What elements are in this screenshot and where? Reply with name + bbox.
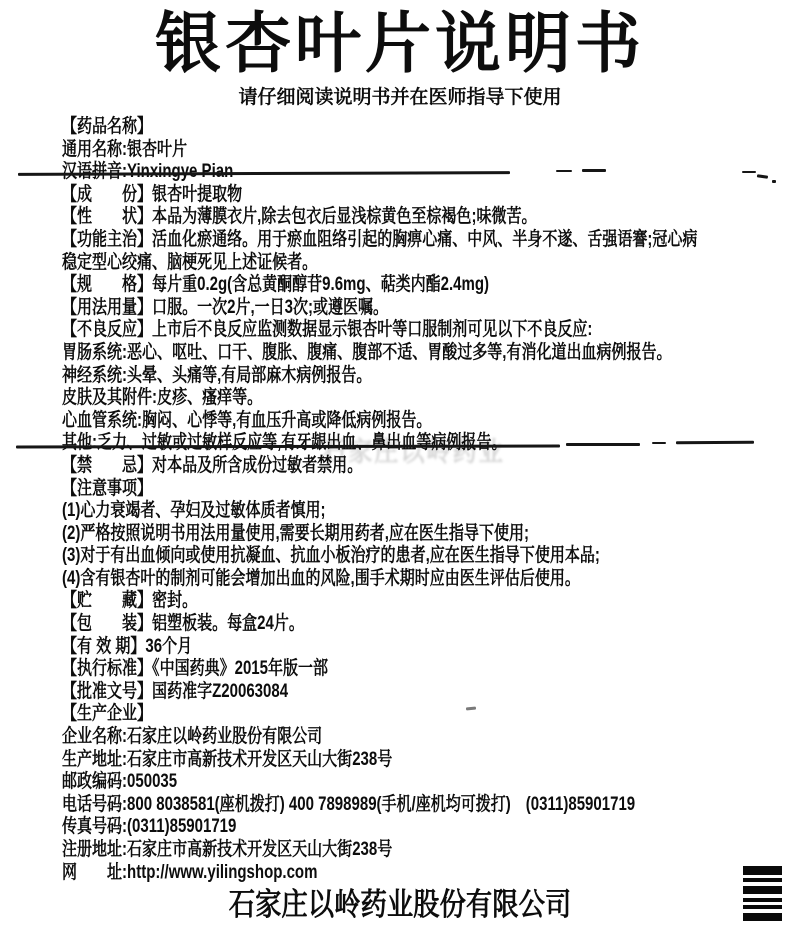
scan-line — [582, 169, 606, 172]
drug-leaflet-page: 银杏叶片说明书 请仔细阅读说明书并在医师指导下使用 石家庄以岭药业 【药品名称】… — [0, 0, 800, 929]
storage-line: 【贮 藏】密封。 — [62, 590, 637, 613]
adverse-cardio-line: 心血管系统:胸闷、心悸等,有血压升高或降低病例报告。 — [62, 410, 637, 433]
indications-line-2: 稳定型心绞痛、脑梗死见上述证候者。 — [62, 252, 637, 275]
scan-line — [566, 443, 640, 446]
registration-mark-bar — [743, 878, 782, 882]
production-address-line: 生产地址:石家庄市高新技术开发区天山大街238号 — [62, 749, 637, 772]
generic-name-line: 通用名称:银杏叶片 — [62, 139, 637, 162]
indications-line-1: 【功能主治】活血化瘀通络。用于瘀血阻络引起的胸痹心痛、中风、半身不遂、舌强语謇;… — [62, 229, 637, 252]
registration-mark-bar — [743, 913, 782, 922]
precautions-header: 【注意事项】 — [62, 478, 637, 501]
registration-mark-bar — [743, 905, 782, 909]
registration-mark-bar — [743, 898, 782, 902]
packaging-line: 【包 装】铝塑板装。每盒24片。 — [62, 613, 637, 636]
standard-line: 【执行标准】《中国药典》2015年版一部 — [62, 658, 637, 681]
phone-line: 电话号码:800 8038581(座机拨打) 400 7898989(手机/座机… — [62, 794, 637, 817]
description-line: 【性 状】本品为薄膜衣片,除去包衣后显浅棕黄色至棕褐色;味微苦。 — [62, 206, 637, 229]
shelf-life-line: 【有 效 期】36个月 — [62, 636, 637, 659]
dosage-line: 【用法用量】口服。一次2片,一日3次;或遵医嘱。 — [62, 297, 637, 320]
adverse-nervous-line: 神经系统:头晕、头痛等,有局部麻木病例报告。 — [62, 365, 637, 388]
adverse-reactions-header: 【不良反应】上市后不良反应监测数据显示银杏叶等口服制剂可见以下不良反应: — [62, 319, 637, 342]
manufacturer-header: 【生产企业】 — [62, 703, 637, 726]
specification-line: 【规 格】每片重0.2g(含总黄酮醇苷9.6mg、萜类内酯2.4mg) — [62, 274, 637, 297]
registration-mark-bar — [743, 866, 782, 875]
leaflet-body: 【药品名称】 通用名称:银杏叶片 汉语拼音:Yinxingye Pian 【成 … — [62, 116, 790, 884]
fax-line: 传真号码:(0311)85901719 — [62, 816, 637, 839]
footer-company-name: 石家庄以岭药业股份有限公司 — [60, 886, 740, 924]
page-title: 银杏叶片说明书 — [0, 0, 800, 86]
scan-line — [676, 441, 754, 444]
page-subtitle: 请仔细阅读说明书并在医师指导下使用 — [0, 86, 800, 110]
scan-line — [772, 180, 776, 183]
precaution-4: (4)含有银杏叶的制剂可能会增加出血的风险,围手术期时应由医生评估后使用。 — [62, 568, 637, 591]
scan-line — [742, 171, 756, 173]
print-registration-marks — [743, 866, 782, 921]
section-drug-name-header: 【药品名称】 — [62, 116, 637, 139]
scan-line — [652, 442, 666, 444]
approval-number-line: 【批准文号】国药准字Z20063084 — [62, 681, 637, 704]
ingredients-line: 【成 份】银杏叶提取物 — [62, 184, 637, 207]
precaution-2: (2)严格按照说明书用法用量使用,需要长期用药者,应在医生指导下使用; — [62, 523, 637, 546]
contraindication-line: 【禁 忌】对本品及所含成份过敏者禁用。 — [62, 455, 637, 478]
company-name-line: 企业名称:石家庄以岭药业股份有限公司 — [62, 726, 637, 749]
adverse-skin-line: 皮肤及其附件:皮疹、瘙痒等。 — [62, 387, 637, 410]
precaution-3: (3)对于有出血倾向或使用抗凝血、抗血小板治疗的患者,应在医生指导下使用本品; — [62, 545, 637, 568]
precaution-1: (1)心力衰竭者、孕妇及过敏体质者慎用; — [62, 500, 637, 523]
adverse-gastro-line: 胃肠系统:恶心、呕吐、口干、腹胀、腹痛、腹部不适、胃酸过多等,有消化道出血病例报… — [62, 342, 637, 365]
registered-address-line: 注册地址:石家庄市高新技术开发区天山大街238号 — [62, 839, 637, 862]
postal-code-line: 邮政编码:050035 — [62, 771, 637, 794]
registration-mark-bar — [743, 886, 782, 895]
scan-line — [556, 170, 572, 172]
website-line: 网 址:http://www.yilingshop.com — [62, 862, 637, 885]
